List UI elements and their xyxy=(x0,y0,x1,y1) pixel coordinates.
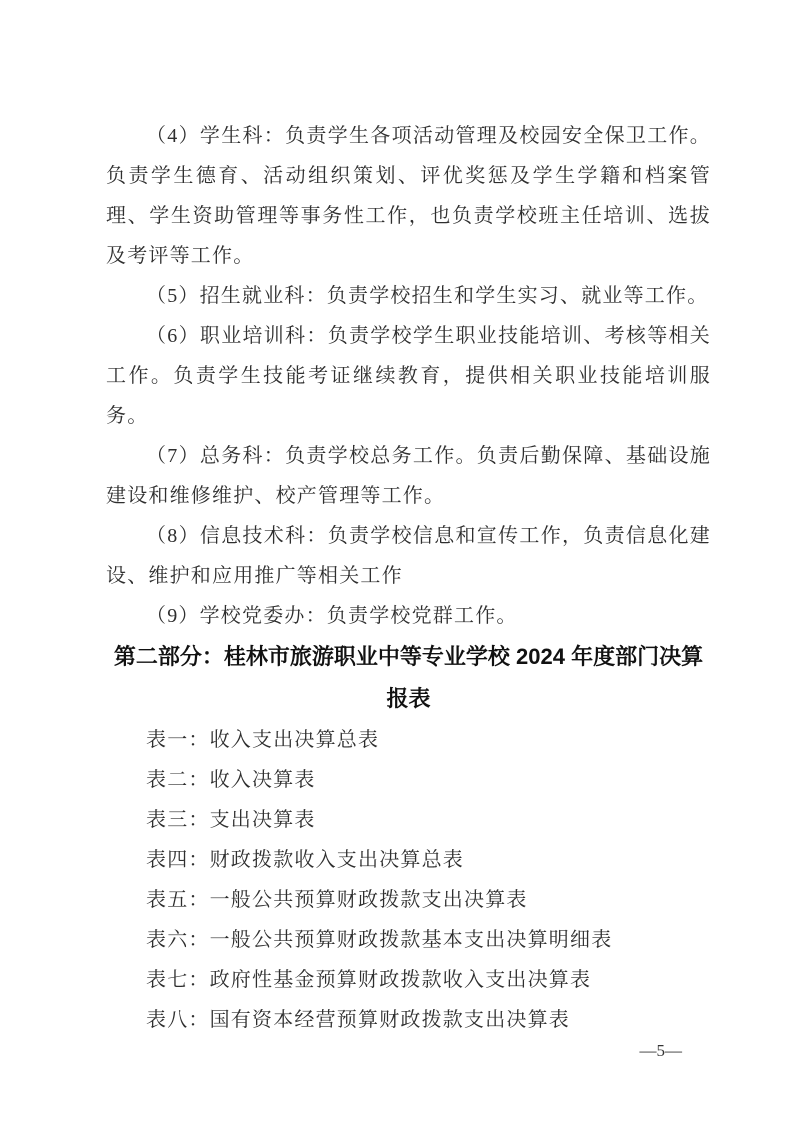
table-list-item-7: 表七：政府性基金预算财政拨款收入支出决算表 xyxy=(106,960,711,1000)
table-list-item-1: 表一：收入支出决算总表 xyxy=(106,720,711,760)
body-paragraph-6-vocational-training-section: （6）职业培训科：负责学校学生职业技能培训、考核等相关工作。负责学生技能考证继续… xyxy=(106,316,711,436)
body-paragraph-4-student-section: （4）学生科：负责学生各项活动管理及校园安全保卫工作。负责学生德育、活动组织策划… xyxy=(106,116,711,276)
body-paragraph-5-admissions-section: （5）招生就业科：负责学校招生和学生实习、就业等工作。 xyxy=(106,276,711,316)
document-page: （4）学生科：负责学生各项活动管理及校园安全保卫工作。负责学生德育、活动组织策划… xyxy=(0,0,800,1131)
body-paragraph-8-it-section: （8）信息技术科：负责学校信息和宣传工作，负责信息化建设、维护和应用推广等相关工… xyxy=(106,516,711,596)
table-list-item-5: 表五：一般公共预算财政拨款支出决算表 xyxy=(106,880,711,920)
body-paragraph-7-general-affairs-section: （7）总务科：负责学校总务工作。负责后勤保障、基础设施建设和维修维护、校产管理等… xyxy=(106,436,711,516)
table-list-item-2: 表二：收入决算表 xyxy=(106,760,711,800)
table-list-item-3: 表三：支出决算表 xyxy=(106,800,711,840)
page-number: —5— xyxy=(640,1040,683,1062)
table-list-item-6: 表六：一般公共预算财政拨款基本支出决算明细表 xyxy=(106,920,711,960)
document-content: （4）学生科：负责学生各项活动管理及校园安全保卫工作。负责学生德育、活动组织策划… xyxy=(0,0,800,1040)
table-list-item-4: 表四：财政拨款收入支出决算总表 xyxy=(106,840,711,880)
table-list-item-8: 表八：国有资本经营预算财政拨款支出决算表 xyxy=(106,1000,711,1040)
body-paragraph-9-party-committee-office: （9）学校党委办：负责学校党群工作。 xyxy=(106,596,711,636)
section-heading-part-two: 第二部分：桂林市旅游职业中等专业学校 2024 年度部门决算报表 xyxy=(106,636,711,720)
